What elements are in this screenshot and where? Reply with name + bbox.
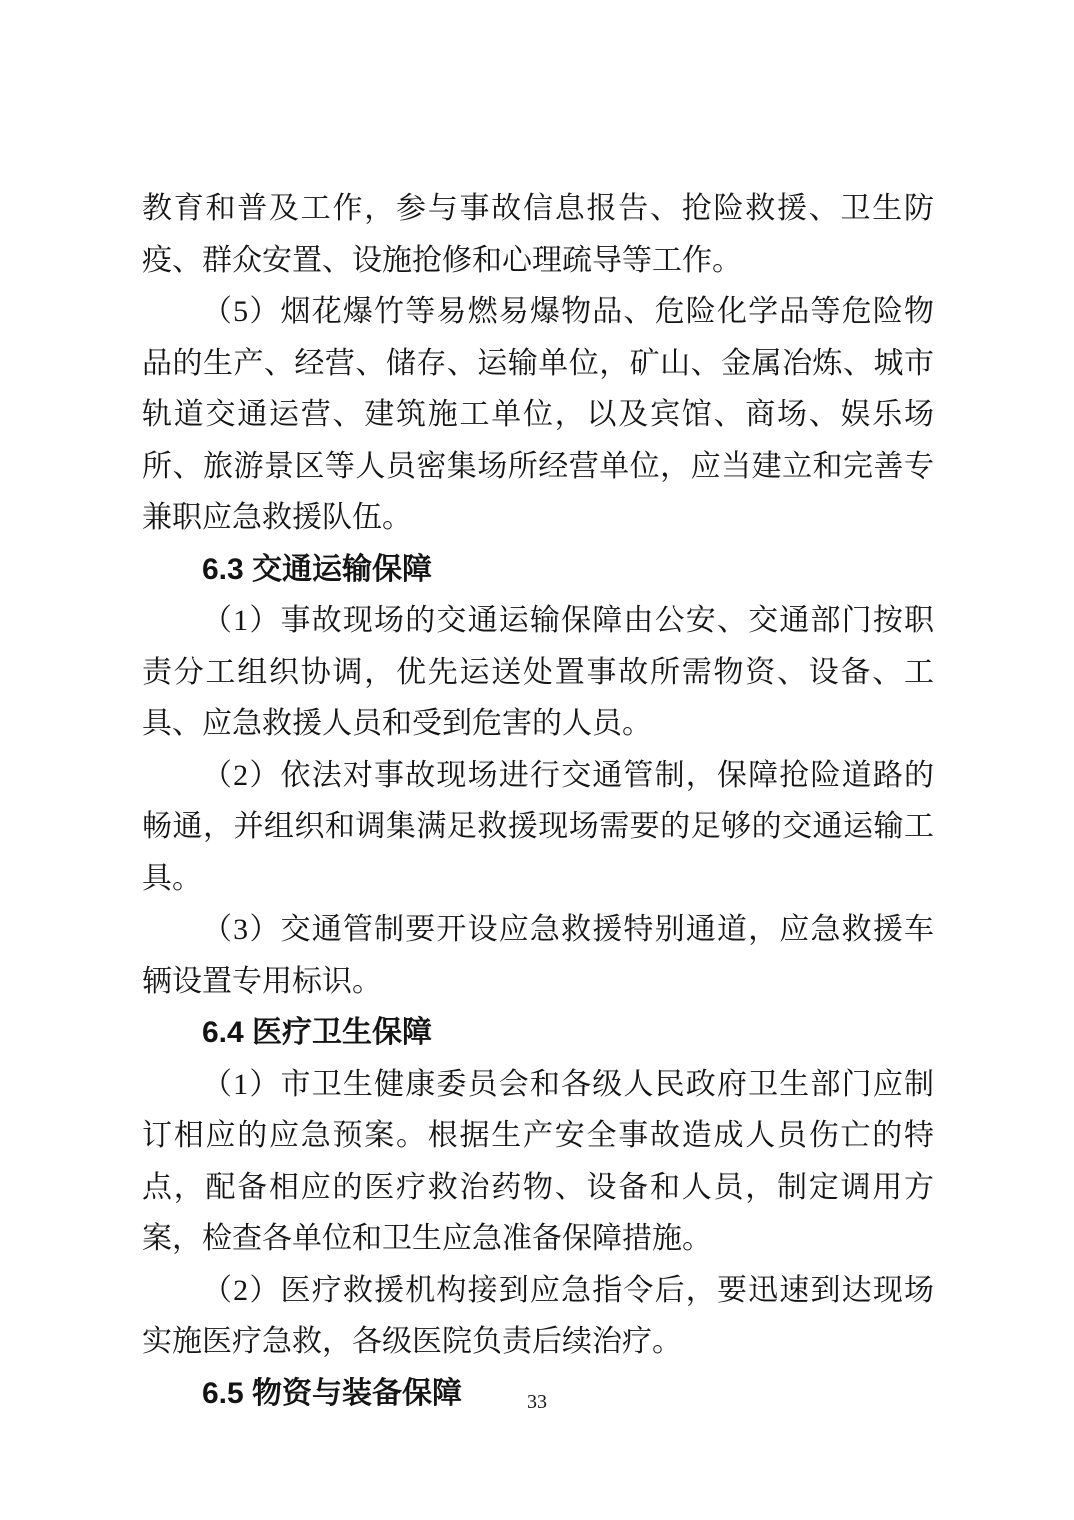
page-number: 33 bbox=[0, 1391, 1074, 1414]
section-heading-6-4-medical-support: 6.4 医疗卫生保障 bbox=[142, 1007, 934, 1059]
section-heading-6-3-transport-support: 6.3 交通运输保障 bbox=[142, 544, 934, 596]
paragraph-item-5-hazardous-units: （5）烟花爆竹等易燃易爆物品、危险化学品等危险物品的生产、经营、储存、运输单位，… bbox=[142, 286, 934, 544]
paragraph-item-2-medical-rescue: （2）医疗救援机构接到应急指令后，要迅速到达现场实施医疗急救，各级医院负责后续治… bbox=[142, 1265, 934, 1368]
paragraph-item-1-transport-coordination: （1）事故现场的交通运输保障由公安、交通部门按职责分工组织协调，优先运送处置事故… bbox=[142, 595, 934, 750]
paragraph-item-1-health-commission-plan: （1）市卫生健康委员会和各级人民政府卫生部门应制订相应的应急预案。根据生产安全事… bbox=[142, 1059, 934, 1265]
paragraph-item-2-traffic-control: （2）依法对事故现场进行交通管制，保障抢险道路的畅通，并组织和调集满足救援现场需… bbox=[142, 750, 934, 905]
document-content: 教育和普及工作，参与事故信息报告、抢险救援、卫生防疫、群众安置、设施抢修和心理疏… bbox=[142, 183, 934, 1419]
paragraph-item-3-emergency-lane: （3）交通管制要开设应急救援特别通道，应急救援车辆设置专用标识。 bbox=[142, 904, 934, 1007]
document-page: 教育和普及工作，参与事故信息报告、抢险救援、卫生防疫、群众安置、设施抢修和心理疏… bbox=[0, 0, 1074, 1520]
paragraph-education-duties: 教育和普及工作，参与事故信息报告、抢险救援、卫生防疫、群众安置、设施抢修和心理疏… bbox=[142, 183, 934, 286]
